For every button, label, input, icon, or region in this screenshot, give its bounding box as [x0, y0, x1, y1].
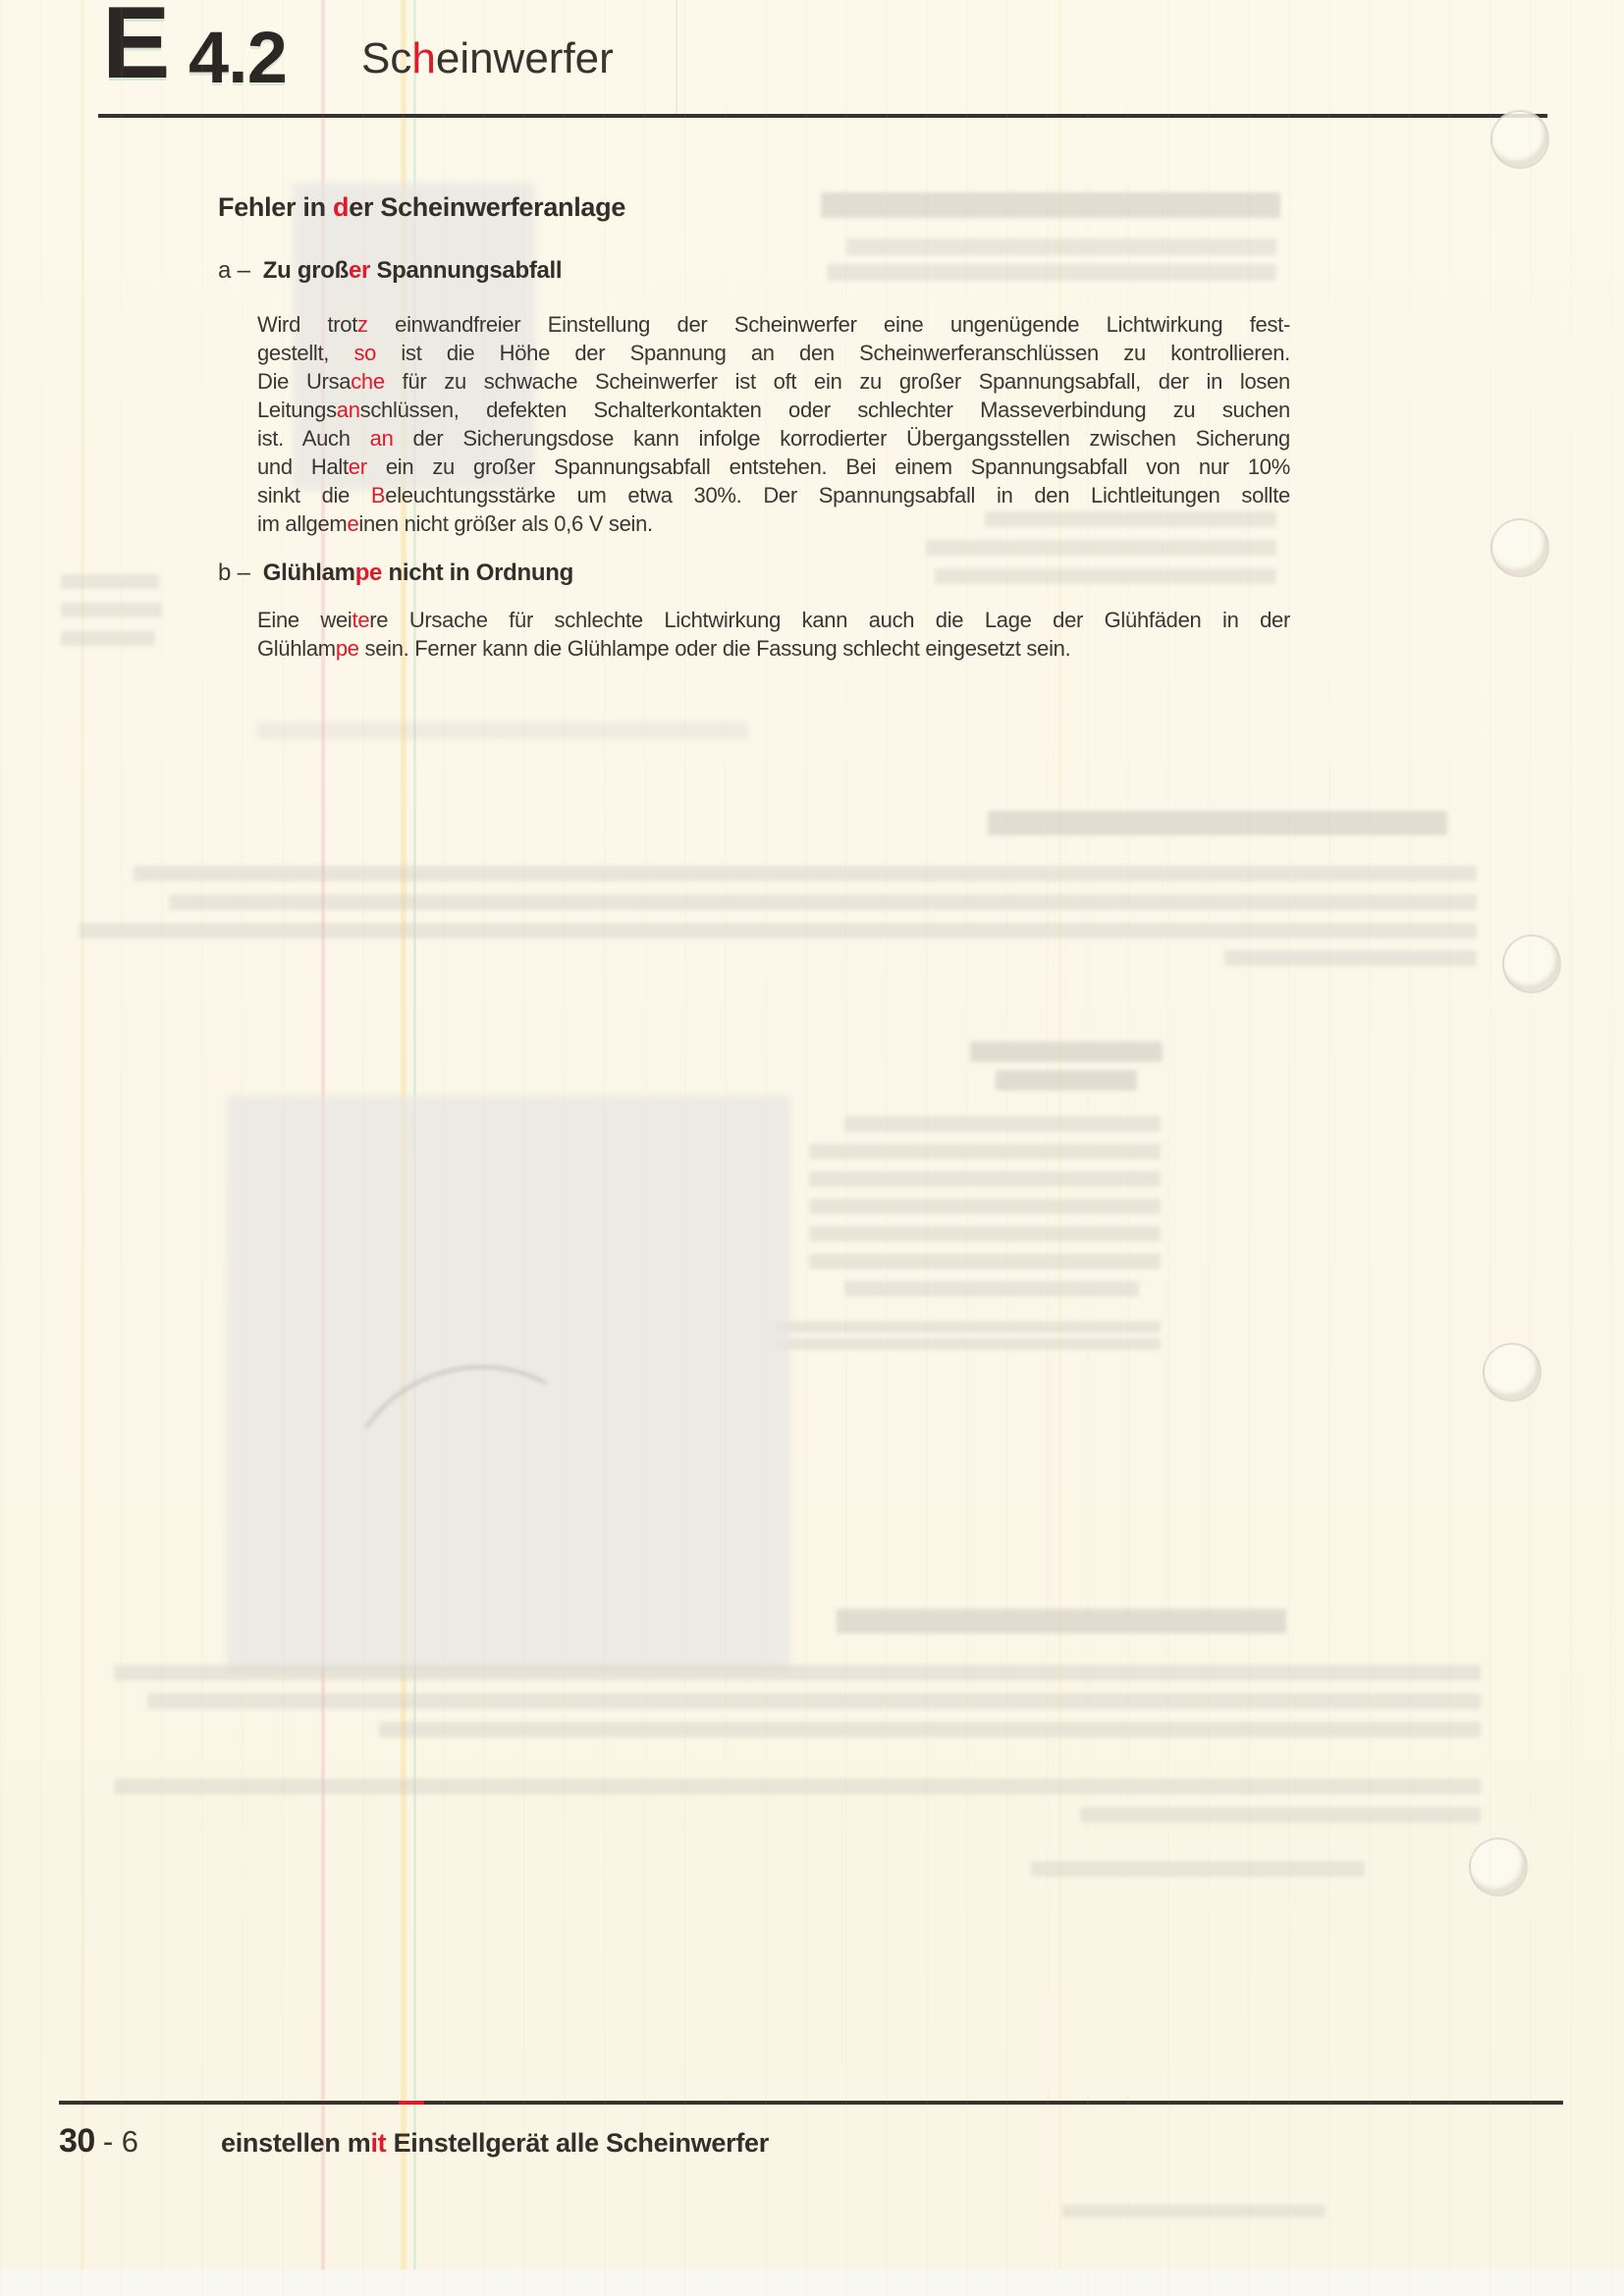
- paragraph-line: gestellt, so ist die Höhe der Spannung a…: [257, 339, 1290, 367]
- text-segment: Glühlam: [257, 636, 336, 661]
- text-segment: schlüssen, defekten Schalterkontakten od…: [360, 398, 1290, 422]
- footer-rule-red-misprint: [399, 2101, 424, 2105]
- text-segment: Einstellgerät alle Scheinwerfer: [386, 2128, 769, 2158]
- scanner-edge-band: [0, 2269, 1624, 2296]
- text-segment: inen nicht größer als 0,6 V sein.: [358, 511, 653, 536]
- punch-hole: [1490, 110, 1549, 169]
- bleed-through-caption: [776, 1321, 1161, 1333]
- text-segment: nicht in Ordnung: [382, 560, 573, 586]
- fault-item-a-paragraph: Wird trotz einwandfreier Einstellung der…: [257, 310, 1290, 538]
- bleed-through-line: [114, 1665, 1481, 1681]
- text-segment: einstellen m: [221, 2128, 370, 2158]
- red-misprint-text: it: [370, 2128, 386, 2158]
- paragraph-line: Die Ursache für zu schwache Scheinwerfer…: [257, 367, 1290, 396]
- section-title: Scheinwerfer: [361, 37, 614, 80]
- text-segment: sein. Ferner kann die Glühlampe oder die…: [359, 636, 1071, 661]
- red-misprint-text: d: [333, 192, 349, 222]
- red-misprint-text: er: [349, 454, 367, 479]
- red-misprint-text: an: [370, 426, 394, 451]
- bleed-through-line: [935, 568, 1276, 584]
- text-segment: im allgem: [257, 511, 347, 536]
- text-segment: ist die Höhe der Spannung an den Scheinw…: [376, 341, 1290, 365]
- bleed-through-line: [809, 1254, 1161, 1269]
- red-misprint-text: er: [349, 257, 370, 284]
- footer-rule: [59, 2101, 1563, 2105]
- bleed-through-line: [1224, 950, 1477, 966]
- paragraph-line: Leitungsanschlüssen, defekten Schalterko…: [257, 396, 1290, 424]
- punch-hole: [1490, 518, 1549, 577]
- bleed-through-line: [827, 264, 1276, 281]
- bleed-through-line: [61, 603, 162, 617]
- paragraph-line: Glühlampe sein. Ferner kann die Glühlamp…: [257, 634, 1290, 663]
- bleed-through-line: [79, 923, 1477, 938]
- bleed-through-line: [61, 574, 159, 589]
- fault-item-b-heading: b – Glühlampe nicht in Ordnung: [218, 560, 573, 587]
- bleed-through-line: [1080, 1807, 1481, 1823]
- text-segment: und Halt: [257, 454, 349, 479]
- bleed-through-line: [147, 1693, 1481, 1709]
- bleed-through-line: [846, 239, 1276, 255]
- bleed-through-heading: [837, 1609, 1286, 1633]
- paragraph-line: ist. Auch an der Sicherungsdose kann inf…: [257, 424, 1290, 453]
- fault-item-a-label: a –: [218, 257, 250, 285]
- red-misprint-text: pe: [355, 560, 382, 586]
- bleed-through-line: [844, 1281, 1139, 1297]
- fault-item-b-title: Glühlampe nicht in Ordnung: [263, 560, 573, 587]
- bleed-through-smudge: [257, 722, 748, 739]
- scan-fold-line: [676, 0, 677, 114]
- bleed-through-photo: [227, 1095, 790, 1671]
- text-segment: gestellt,: [257, 341, 353, 365]
- red-misprint-text: so: [353, 341, 376, 365]
- red-misprint-text: che: [351, 369, 385, 394]
- bleed-through-heading: [970, 1041, 1163, 1062]
- header-rule: [98, 114, 1547, 118]
- section-number: 4.2: [189, 22, 287, 94]
- bleed-through-caption: [776, 1338, 1161, 1350]
- text-segment: Leitungs: [257, 398, 337, 422]
- fault-item-b-paragraph: Eine weitere Ursache für schlechte Licht…: [257, 606, 1290, 663]
- paragraph-line: sinkt die Beleuchtungsstärke um etwa 30%…: [257, 481, 1290, 509]
- page-heading: Fehler in der Scheinwerferanlage: [218, 192, 625, 223]
- bleed-through-line: [809, 1171, 1161, 1187]
- bleed-through-line: [809, 1199, 1161, 1214]
- bleed-through-line: [926, 540, 1276, 556]
- red-misprint-text: z: [357, 312, 368, 337]
- page-number-suffix: - 6: [103, 2124, 138, 2160]
- bleed-through-heading: [821, 192, 1280, 218]
- text-segment: einwandfreier Einstellung der Scheinwerf…: [368, 312, 1290, 337]
- text-segment: Fehler in: [218, 192, 333, 222]
- page-number: 30: [59, 2122, 95, 2161]
- bleed-through-line: [809, 1144, 1161, 1159]
- text-segment: re Ursache für schlechte Lichtwirkung ka…: [369, 608, 1290, 632]
- footer: 30 - 6 einstellen mit Einstellgerät alle…: [59, 2122, 769, 2161]
- bleed-through-caption: [1062, 2205, 1326, 2217]
- text-segment: Eine wei: [257, 608, 352, 632]
- bleed-through-gauge-arc: [321, 1339, 628, 1627]
- bleed-through-line: [114, 1779, 1481, 1794]
- text-segment: ist. Auch: [257, 426, 370, 451]
- text-segment: Zu groß: [263, 257, 349, 284]
- paragraph-line: Wird trotz einwandfreier Einstellung der…: [257, 310, 1290, 339]
- punch-hole: [1502, 934, 1561, 993]
- punch-hole: [1483, 1343, 1542, 1402]
- text-segment: er Scheinwerferanlage: [349, 192, 625, 222]
- paragraph-line: und Halter ein zu großer Spannungsabfall…: [257, 453, 1290, 481]
- text-segment: eleuchtungsstärke um etwa 30%. Der Spann…: [385, 483, 1290, 507]
- red-misprint-text: pe: [336, 636, 359, 661]
- bleed-through-heading: [996, 1070, 1137, 1091]
- scan-artifact-stripe: [81, 0, 84, 2296]
- red-misprint-text: e: [347, 511, 358, 536]
- text-segment: Spannungsabfall: [370, 257, 562, 284]
- bleed-through-line: [134, 866, 1477, 881]
- text-segment: Wird trot: [257, 312, 357, 337]
- fault-item-a-heading: a – Zu großer Spannungsabfall: [218, 257, 562, 285]
- text-segment: der Sicherungsdose kann infolge korrodie…: [394, 426, 1290, 451]
- red-misprint-text: an: [337, 398, 360, 422]
- red-misprint-text: B: [371, 483, 385, 507]
- bleed-through-line: [809, 1226, 1161, 1242]
- punch-hole: [1469, 1838, 1528, 1896]
- red-misprint-text: h: [411, 34, 435, 82]
- bleed-through-line: [169, 894, 1477, 910]
- bleed-through-line: [379, 1722, 1481, 1737]
- bleed-through-line: [844, 1116, 1161, 1132]
- fault-item-b-label: b –: [218, 560, 250, 587]
- bleed-through-line: [1031, 1861, 1365, 1877]
- text-segment: Sc: [361, 34, 411, 82]
- text-segment: sinkt die: [257, 483, 371, 507]
- footer-caption: einstellen mit Einstellgerät alle Schein…: [221, 2128, 769, 2159]
- bleed-through-heading: [988, 811, 1447, 835]
- section-code: E: [102, 0, 168, 94]
- text-segment: Glühlam: [263, 560, 355, 586]
- bleed-through-line: [61, 631, 155, 646]
- text-segment: für zu schwache Scheinwerfer ist oft ein…: [385, 369, 1290, 394]
- paragraph-line: Eine weitere Ursache für schlechte Licht…: [257, 606, 1290, 634]
- fault-item-a-title: Zu großer Spannungsabfall: [263, 257, 563, 285]
- text-segment: ein zu großer Spannungsabfall entstehen.…: [367, 454, 1290, 479]
- text-segment: einwerfer: [436, 34, 614, 82]
- paragraph-line: im allgemeinen nicht größer als 0,6 V se…: [257, 509, 1290, 538]
- red-misprint-text: te: [352, 608, 370, 632]
- manual-page: E 4.2 Scheinwerfer Fehler in der Scheinw…: [0, 0, 1624, 2296]
- text-segment: Die Ursa: [257, 369, 351, 394]
